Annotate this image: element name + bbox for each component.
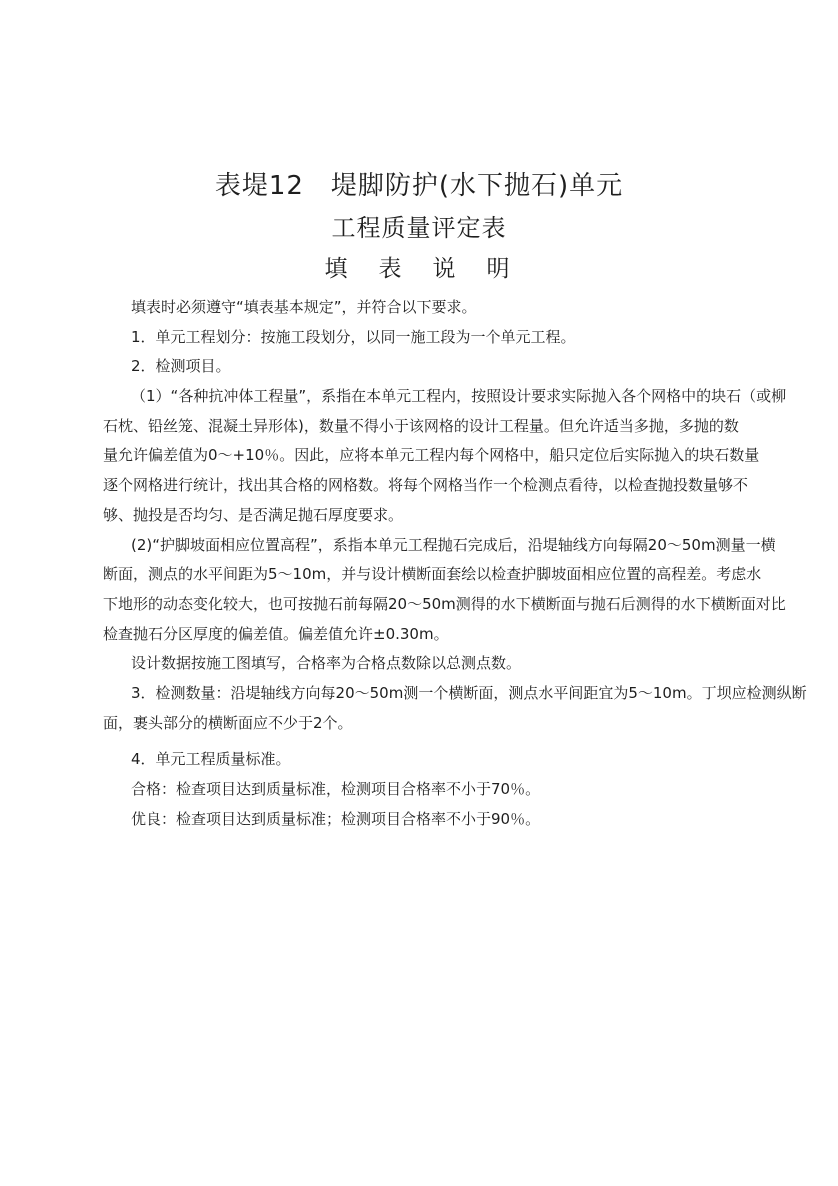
text-line: 够、抛投是否均匀、是否满足抛石厚度要求。 xyxy=(103,501,818,531)
text-line: (2)“护脚坡面相应位置高程”，系指本单元工程抛石完成后，沿堤轴线方向每隔20～… xyxy=(103,531,818,561)
text-line: 2．检测项目。 xyxy=(103,352,818,382)
page-title-line2: 工程质量评定表 xyxy=(0,208,838,243)
text-line: 检查抛石分区厚度的偏差值。偏差值允许±0.30m。 xyxy=(103,620,818,650)
text-line: 填表时必须遵守“填表基本规定”，并符合以下要求。 xyxy=(103,293,818,323)
text-line: 石枕、铅丝笼、混凝土异形体)，数量不得小于该网格的设计工程量。但允许适当多抛，多… xyxy=(103,412,818,442)
text-line: 1．单元工程划分：按施工段划分，以同一施工段为一个单元工程。 xyxy=(103,323,818,353)
text-line: 合格：检查项目达到质量标准，检测项目合格率不小于70％。 xyxy=(103,775,818,805)
text-line: 下地形的动态变化较大，也可按抛石前每隔20～50m测得的水下横断面与抛石后测得的… xyxy=(103,590,818,620)
fill-in-instructions: 填表时必须遵守“填表基本规定”，并符合以下要求。 1．单元工程划分：按施工段划分… xyxy=(103,293,818,834)
page-title-line3: 填 表 说 明 xyxy=(0,250,838,283)
page-title-line1: 表堤12 堤脚防护(水下抛石)单元 xyxy=(0,165,838,202)
text-line: 断面，测点的水平间距为5～10m，并与设计横断面套绘以检查护脚坡面相应位置的高程… xyxy=(103,560,818,590)
text-line: 3．检测数量：沿堤轴线方向每20～50m测一个横断面，测点水平间距宜为5～10m… xyxy=(103,679,818,709)
text-line: （1）“各种抗冲体工程量”，系指在本单元工程内，按照设计要求实际抛入各个网格中的… xyxy=(103,382,818,412)
text-line: 4．单元工程质量标准。 xyxy=(103,745,818,775)
document-page: 表堤12 堤脚防护(水下抛石)单元 工程质量评定表 填 表 说 明 填表时必须遵… xyxy=(0,0,838,1186)
text-line: 逐个网格进行统计，找出其合格的网格数。将每个网格当作一个检测点看待，以检查抛投数… xyxy=(103,471,818,501)
text-line: 面，裹头部分的横断面应不少于2个。 xyxy=(103,709,818,739)
text-line: 优良：检查项目达到质量标准；检测项目合格率不小于90％。 xyxy=(103,805,818,835)
text-line: 量允许偏差值为0～+10％。因此，应将本单元工程内每个网格中，船只定位后实际抛入… xyxy=(103,441,818,471)
text-line: 设计数据按施工图填写，合格率为合格点数除以总测点数。 xyxy=(103,649,818,679)
